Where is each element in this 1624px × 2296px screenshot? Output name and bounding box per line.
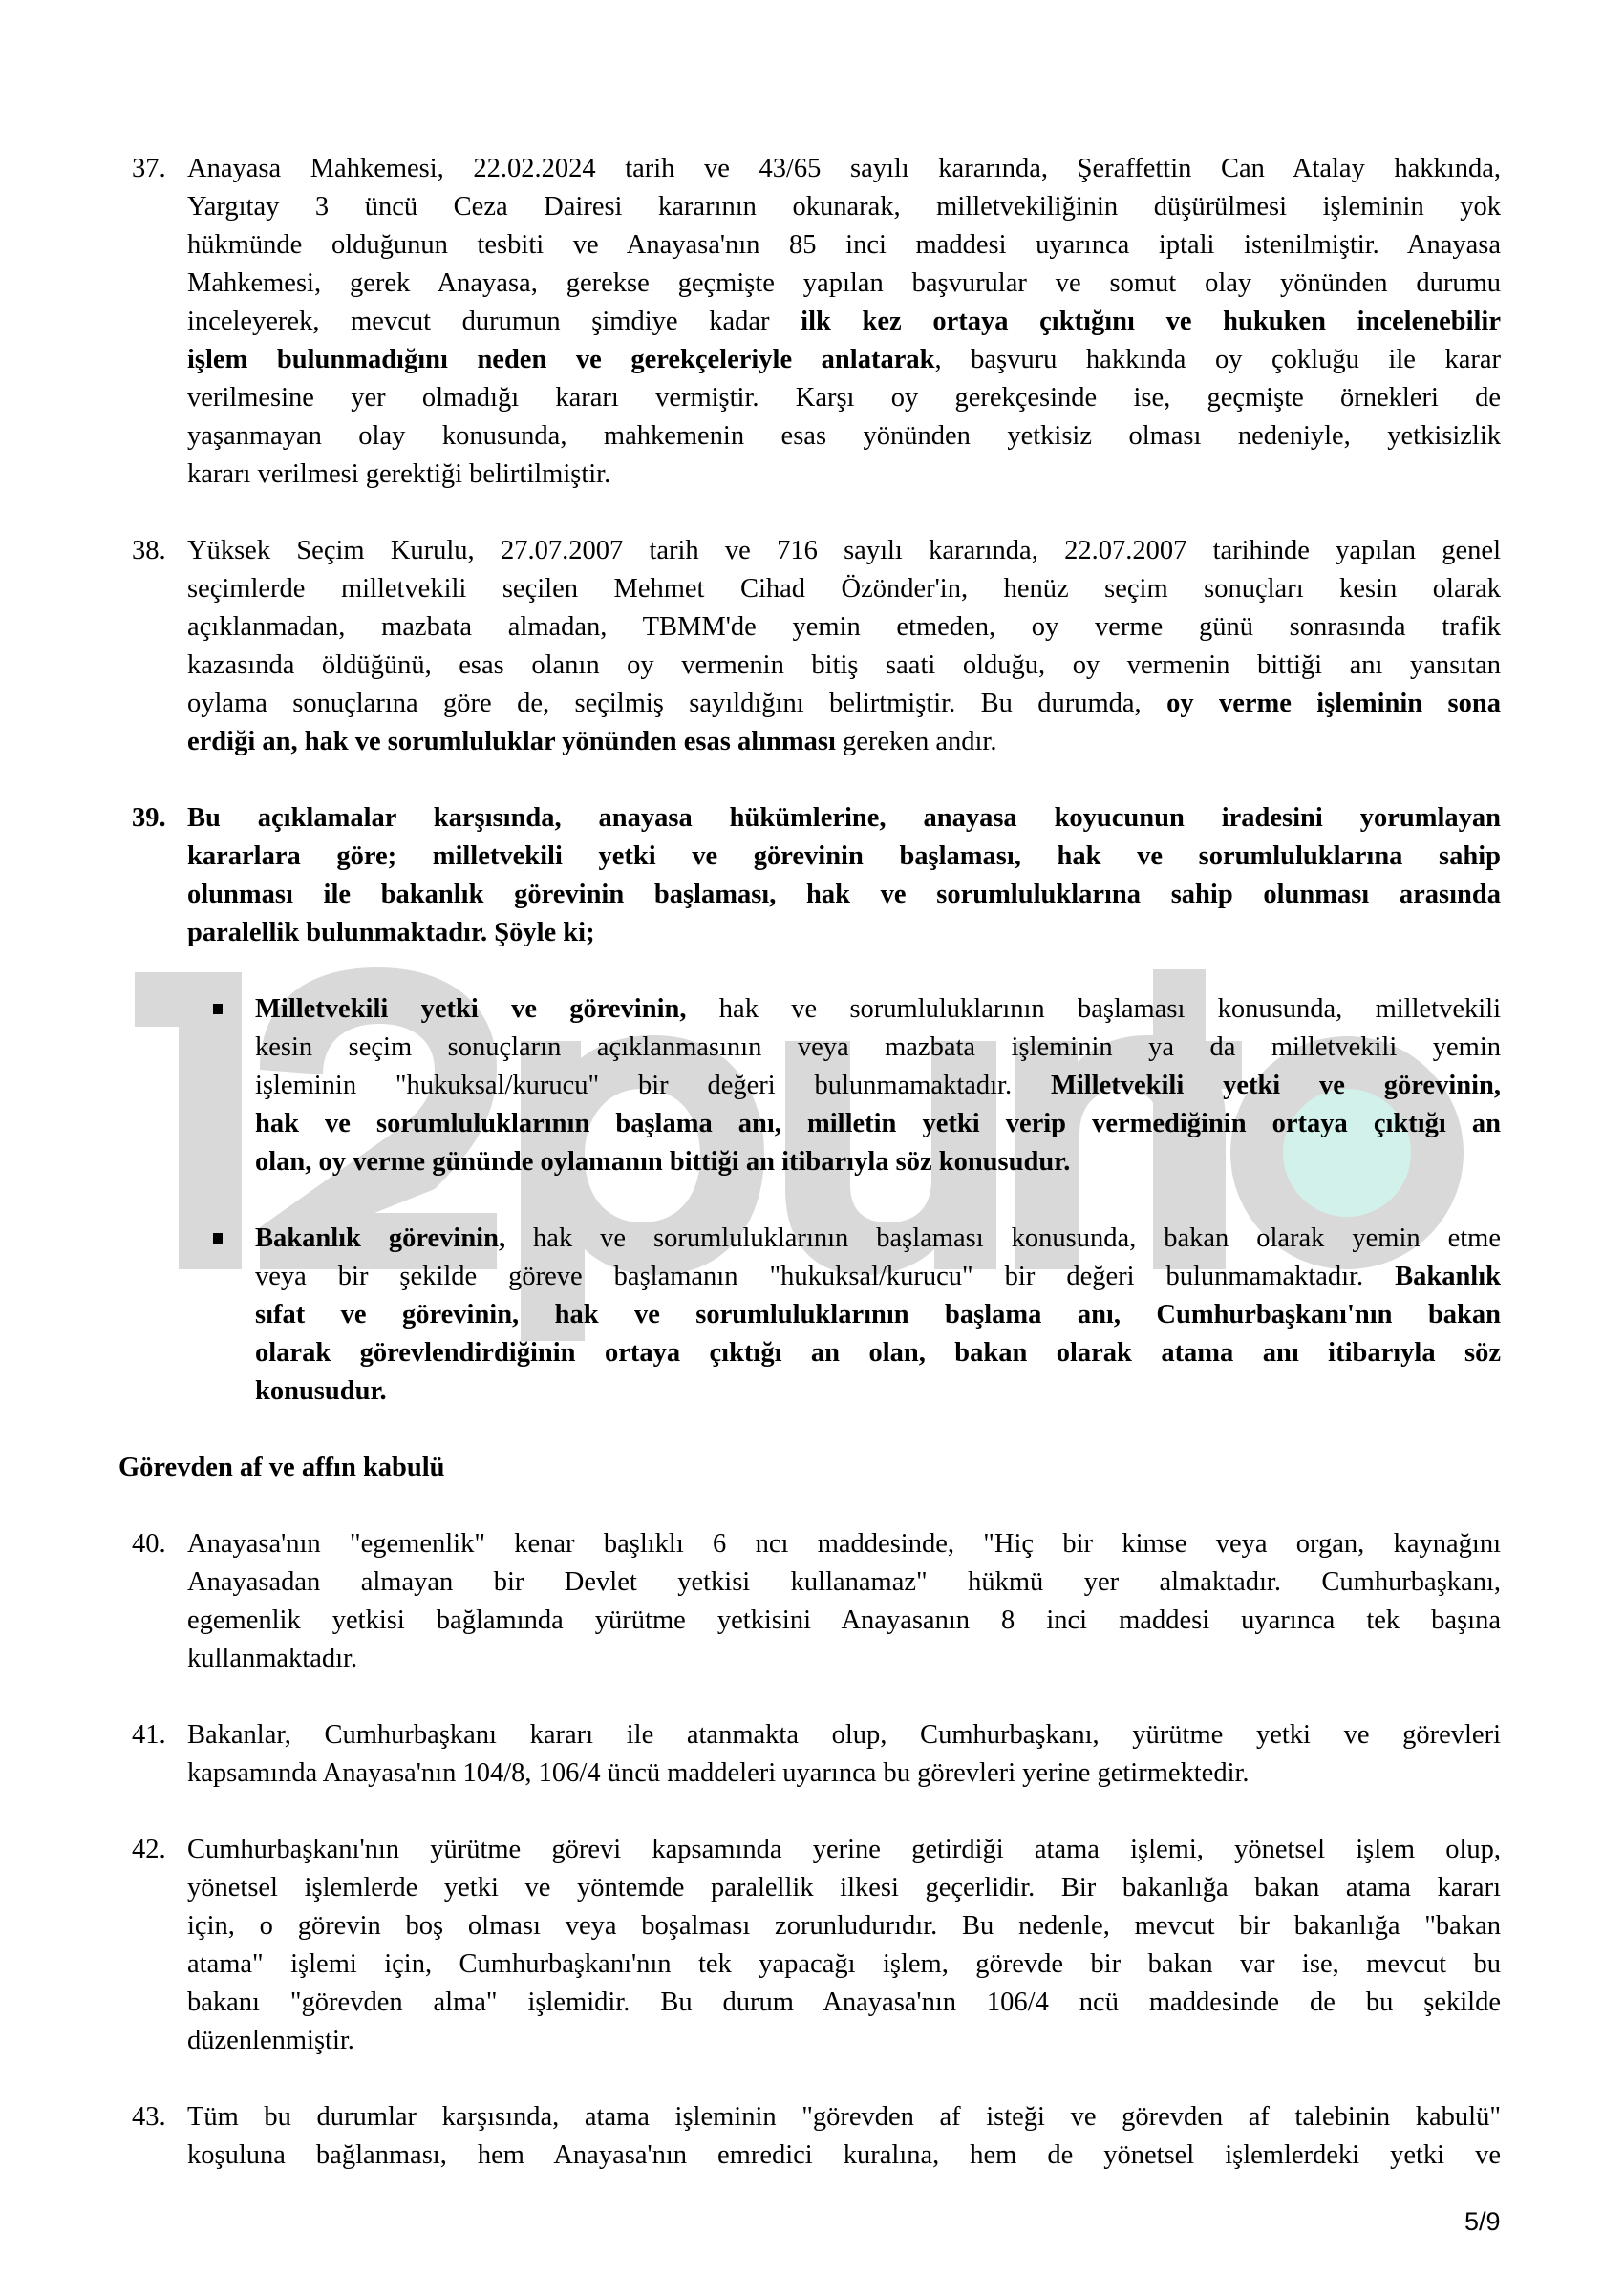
text-run: yaşanmayan olay konusunda, mahkemenin es… [187, 421, 1501, 451]
text-line: Bakanlık görevinin, hak ve sorumluluklar… [255, 1220, 1501, 1258]
text-run: koşuluna bağlanması, hem Anayasa'nın emr… [187, 2140, 1501, 2170]
text-line: Milletvekili yetki ve görevinin, hak ve … [255, 990, 1501, 1029]
text-line: Yargıtay 3 üncü Ceza Dairesi kararının o… [187, 188, 1501, 226]
text-run: atama" işlemi için, Cumhurbaşkanı'nın te… [187, 1949, 1501, 1979]
bold-run: Bakanlık görevinin, [255, 1223, 505, 1253]
text-run: Yargıtay 3 üncü Ceza Dairesi kararının o… [187, 192, 1501, 222]
paragraph-number: 43. [132, 2098, 166, 2137]
text-line: olan, oy verme gününde oylamanın bittiği… [255, 1143, 1501, 1181]
paragraph-number: 41. [132, 1716, 166, 1754]
text-run: Cumhurbaşkanı'nın yürütme görevi kapsamı… [187, 1835, 1501, 1864]
bold-run: Milletvekili yetki ve görevinin, [255, 994, 686, 1024]
bold-run: Bu açıklamalar karşısında, anayasa hüküm… [187, 803, 1501, 833]
text-line: paralellik bulunmaktadır. Şöyle ki; [187, 914, 1501, 952]
bold-run: işlem bulunmadığını neden ve gerekçeleri… [187, 345, 934, 374]
bold-run: erdiği an, hak ve sorumluluklar yönünden… [187, 727, 836, 756]
text-line: açıklanmadan, mazbata almadan, TBMM'de y… [187, 608, 1501, 647]
text-run: kesin seçim sonuçların açıklanmasının ve… [255, 1032, 1501, 1062]
text-line: konusudur. [255, 1372, 1501, 1411]
text-run: Mahkemesi, gerek Anayasa, gerekse geçmiş… [187, 268, 1501, 298]
text-line: yaşanmayan olay konusunda, mahkemenin es… [187, 417, 1501, 456]
text-run: verilmesine yer olmadığı kararı vermişti… [187, 383, 1501, 413]
bold-run: olan, oy verme gününde oylamanın bittiği… [255, 1147, 1070, 1177]
text-run: Anayasa'nın "egemenlik" kenar başlıklı 6… [187, 1529, 1501, 1559]
document-page: 37.Anayasa Mahkemesi, 22.02.2024 tarih v… [0, 0, 1624, 2296]
numbered-paragraph: 39.Bu açıklamalar karşısında, anayasa hü… [0, 799, 1624, 952]
text-line: kararlara göre; milletvekili yetki ve gö… [187, 838, 1501, 876]
bold-run: ilk kez ortaya çıktığını ve hukuken ince… [801, 307, 1501, 336]
text-line: hükmünde olduğunun tesbiti ve Anayasa'nı… [187, 226, 1501, 265]
text-line: oylama sonuçlarına göre de, seçilmiş say… [187, 685, 1501, 723]
paragraph-number: 37. [132, 150, 166, 188]
paragraph-text: Bakanlık görevinin, hak ve sorumluluklar… [255, 1220, 1501, 1411]
text-line: için, o görevin boş olması veya boşalmas… [187, 1907, 1501, 1945]
text-run: Bakanlar, Cumhurbaşkanı kararı ile atanm… [187, 1720, 1501, 1750]
numbered-paragraph: 40.Anayasa'nın "egemenlik" kenar başlıkl… [0, 1525, 1624, 1678]
numbered-paragraph: 37.Anayasa Mahkemesi, 22.02.2024 tarih v… [0, 150, 1624, 494]
text-line: sıfat ve görevinin, hak ve sorumluluklar… [255, 1296, 1501, 1334]
text-run: inceleyerek, mevcut durumun şimdiye kada… [187, 307, 801, 336]
numbered-paragraph: 41.Bakanlar, Cumhurbaşkanı kararı ile at… [0, 1716, 1624, 1793]
paragraph-text: Yüksek Seçim Kurulu, 27.07.2007 tarih ve… [187, 532, 1501, 761]
bold-run: kararlara göre; milletvekili yetki ve gö… [187, 841, 1501, 871]
text-line: kararı verilmesi gerektiği belirtilmişti… [187, 456, 1501, 494]
bold-run: olarak görevlendirdiğinin ortaya çıktığı… [255, 1338, 1501, 1368]
text-run: seçimlerde milletvekili seçilen Mehmet C… [187, 574, 1501, 604]
paragraph-number: 40. [132, 1525, 166, 1563]
page-number: 5/9 [1464, 2204, 1501, 2239]
text-line: işleminin "hukuksal/kurucu" bir değeri b… [255, 1067, 1501, 1105]
section-heading: Görevden af ve affın kabulü [0, 1449, 1624, 1487]
text-line: koşuluna bağlanması, hem Anayasa'nın emr… [187, 2137, 1501, 2175]
paragraph-text: Tüm bu durumlar karşısında, atama işlemi… [187, 2098, 1501, 2175]
bullet-item: Bakanlık görevinin, hak ve sorumluluklar… [0, 1220, 1624, 1411]
text-line: inceleyerek, mevcut durumun şimdiye kada… [187, 303, 1501, 341]
text-line: kazasında öldüğünü, esas olanın oy verme… [187, 647, 1501, 685]
text-run: için, o görevin boş olması veya boşalmas… [187, 1911, 1501, 1941]
text-run: hak ve sorumluluklarının başlaması konus… [686, 994, 1501, 1024]
text-run: , başvuru hakkında oy çokluğu ile karar [934, 345, 1501, 374]
text-run: bakanı "görevden alma" işlemidir. Bu dur… [187, 1988, 1501, 2017]
bold-run: Bakanlık [1395, 1262, 1501, 1291]
text-line: bakanı "görevden alma" işlemidir. Bu dur… [187, 1984, 1501, 2022]
text-run: Anayasa Mahkemesi, 22.02.2024 tarih ve 4… [187, 154, 1501, 183]
numbered-paragraph: 38.Yüksek Seçim Kurulu, 27.07.2007 tarih… [0, 532, 1624, 761]
text-line: kapsamında Anayasa'nın 104/8, 106/4 üncü… [187, 1754, 1501, 1793]
square-bullet-icon [213, 1233, 223, 1244]
text-run: oylama sonuçlarına göre de, seçilmiş say… [187, 689, 1166, 718]
text-line: seçimlerde milletvekili seçilen Mehmet C… [187, 570, 1501, 608]
text-line: verilmesine yer olmadığı kararı vermişti… [187, 379, 1501, 417]
paragraph-number: 38. [132, 532, 166, 570]
text-run: Yüksek Seçim Kurulu, 27.07.2007 tarih ve… [187, 536, 1501, 565]
bold-run: oy verme işleminin sona [1166, 689, 1501, 718]
bold-run: olunması ile bakanlık görevinin başlamas… [187, 880, 1501, 909]
text-line: kesin seçim sonuçların açıklanmasının ve… [255, 1029, 1501, 1067]
text-run: kazasında öldüğünü, esas olanın oy verme… [187, 650, 1501, 680]
text-run: Tüm bu durumlar karşısında, atama işlemi… [187, 2102, 1501, 2132]
numbered-paragraph: 43.Tüm bu durumlar karşısında, atama işl… [0, 2098, 1624, 2175]
text-line: işlem bulunmadığını neden ve gerekçeleri… [187, 341, 1501, 379]
paragraph-text: Anayasa'nın "egemenlik" kenar başlıklı 6… [187, 1525, 1501, 1678]
text-line: Anayasa Mahkemesi, 22.02.2024 tarih ve 4… [187, 150, 1501, 188]
text-run: hükmünde olduğunun tesbiti ve Anayasa'nı… [187, 230, 1501, 260]
bold-run: hak ve sorumluluklarının başlama anı, mi… [255, 1109, 1501, 1138]
text-line: Bu açıklamalar karşısında, anayasa hüküm… [187, 799, 1501, 838]
text-line: yönetsel işlemlerde yetki ve yöntemde pa… [187, 1869, 1501, 1907]
text-line: egemenlik yetkisi bağlamında yürütme yet… [187, 1602, 1501, 1640]
numbered-paragraph: 42.Cumhurbaşkanı'nın yürütme görevi kaps… [0, 1831, 1624, 2060]
bold-run: Milletvekili yetki ve görevinin, [1051, 1071, 1501, 1100]
text-run: hak ve sorumluluklarının başlaması konus… [505, 1223, 1501, 1253]
document-body: 37.Anayasa Mahkemesi, 22.02.2024 tarih v… [0, 150, 1624, 2213]
paragraph-number: 42. [132, 1831, 166, 1869]
text-line: veya bir şekilde göreve başlamanın "huku… [255, 1258, 1501, 1296]
text-line: olunması ile bakanlık görevinin başlamas… [187, 876, 1501, 914]
bold-run: sıfat ve görevinin, hak ve sorumluluklar… [255, 1300, 1501, 1329]
text-line: düzenlenmiştir. [187, 2022, 1501, 2060]
bold-run: paralellik bulunmaktadır. Şöyle ki; [187, 918, 595, 947]
text-line: Anayasadan almayan bir Devlet yetkisi ku… [187, 1563, 1501, 1602]
text-run: kararı verilmesi gerektiği belirtilmişti… [187, 459, 610, 489]
text-run: kapsamında Anayasa'nın 104/8, 106/4 üncü… [187, 1758, 1250, 1788]
paragraph-text: Bu açıklamalar karşısında, anayasa hüküm… [187, 799, 1501, 952]
text-line: atama" işlemi için, Cumhurbaşkanı'nın te… [187, 1945, 1501, 1984]
text-run: gereken andır. [836, 727, 997, 756]
text-line: kullanmaktadır. [187, 1640, 1501, 1678]
bullet-item: Milletvekili yetki ve görevinin, hak ve … [0, 990, 1624, 1181]
square-bullet-icon [213, 1004, 223, 1014]
text-line: Cumhurbaşkanı'nın yürütme görevi kapsamı… [187, 1831, 1501, 1869]
text-run: egemenlik yetkisi bağlamında yürütme yet… [187, 1605, 1501, 1635]
text-line: Anayasa'nın "egemenlik" kenar başlıklı 6… [187, 1525, 1501, 1563]
section-heading-text: Görevden af ve affın kabulü [118, 1449, 1624, 1487]
paragraph-text: Bakanlar, Cumhurbaşkanı kararı ile atanm… [187, 1716, 1501, 1793]
text-line: Tüm bu durumlar karşısında, atama işlemi… [187, 2098, 1501, 2137]
paragraph-text: Cumhurbaşkanı'nın yürütme görevi kapsamı… [187, 1831, 1501, 2060]
paragraph-number: 39. [132, 799, 166, 838]
text-line: Yüksek Seçim Kurulu, 27.07.2007 tarih ve… [187, 532, 1501, 570]
text-run: yönetsel işlemlerde yetki ve yöntemde pa… [187, 1873, 1501, 1903]
text-run: açıklanmadan, mazbata almadan, TBMM'de y… [187, 612, 1501, 642]
bold-run: konusudur. [255, 1376, 387, 1406]
text-line: hak ve sorumluluklarının başlama anı, mi… [255, 1105, 1501, 1143]
text-line: erdiği an, hak ve sorumluluklar yönünden… [187, 723, 1501, 761]
text-run: düzenlenmiştir. [187, 2026, 354, 2055]
text-run: veya bir şekilde göreve başlamanın "huku… [255, 1262, 1395, 1291]
text-line: olarak görevlendirdiğinin ortaya çıktığı… [255, 1334, 1501, 1372]
text-line: Bakanlar, Cumhurbaşkanı kararı ile atanm… [187, 1716, 1501, 1754]
text-run: işleminin "hukuksal/kurucu" bir değeri b… [255, 1071, 1051, 1100]
text-run: kullanmaktadır. [187, 1644, 357, 1673]
text-line: Mahkemesi, gerek Anayasa, gerekse geçmiş… [187, 265, 1501, 303]
paragraph-text: Milletvekili yetki ve görevinin, hak ve … [255, 990, 1501, 1181]
paragraph-text: Anayasa Mahkemesi, 22.02.2024 tarih ve 4… [187, 150, 1501, 494]
text-run: Anayasadan almayan bir Devlet yetkisi ku… [187, 1567, 1501, 1597]
